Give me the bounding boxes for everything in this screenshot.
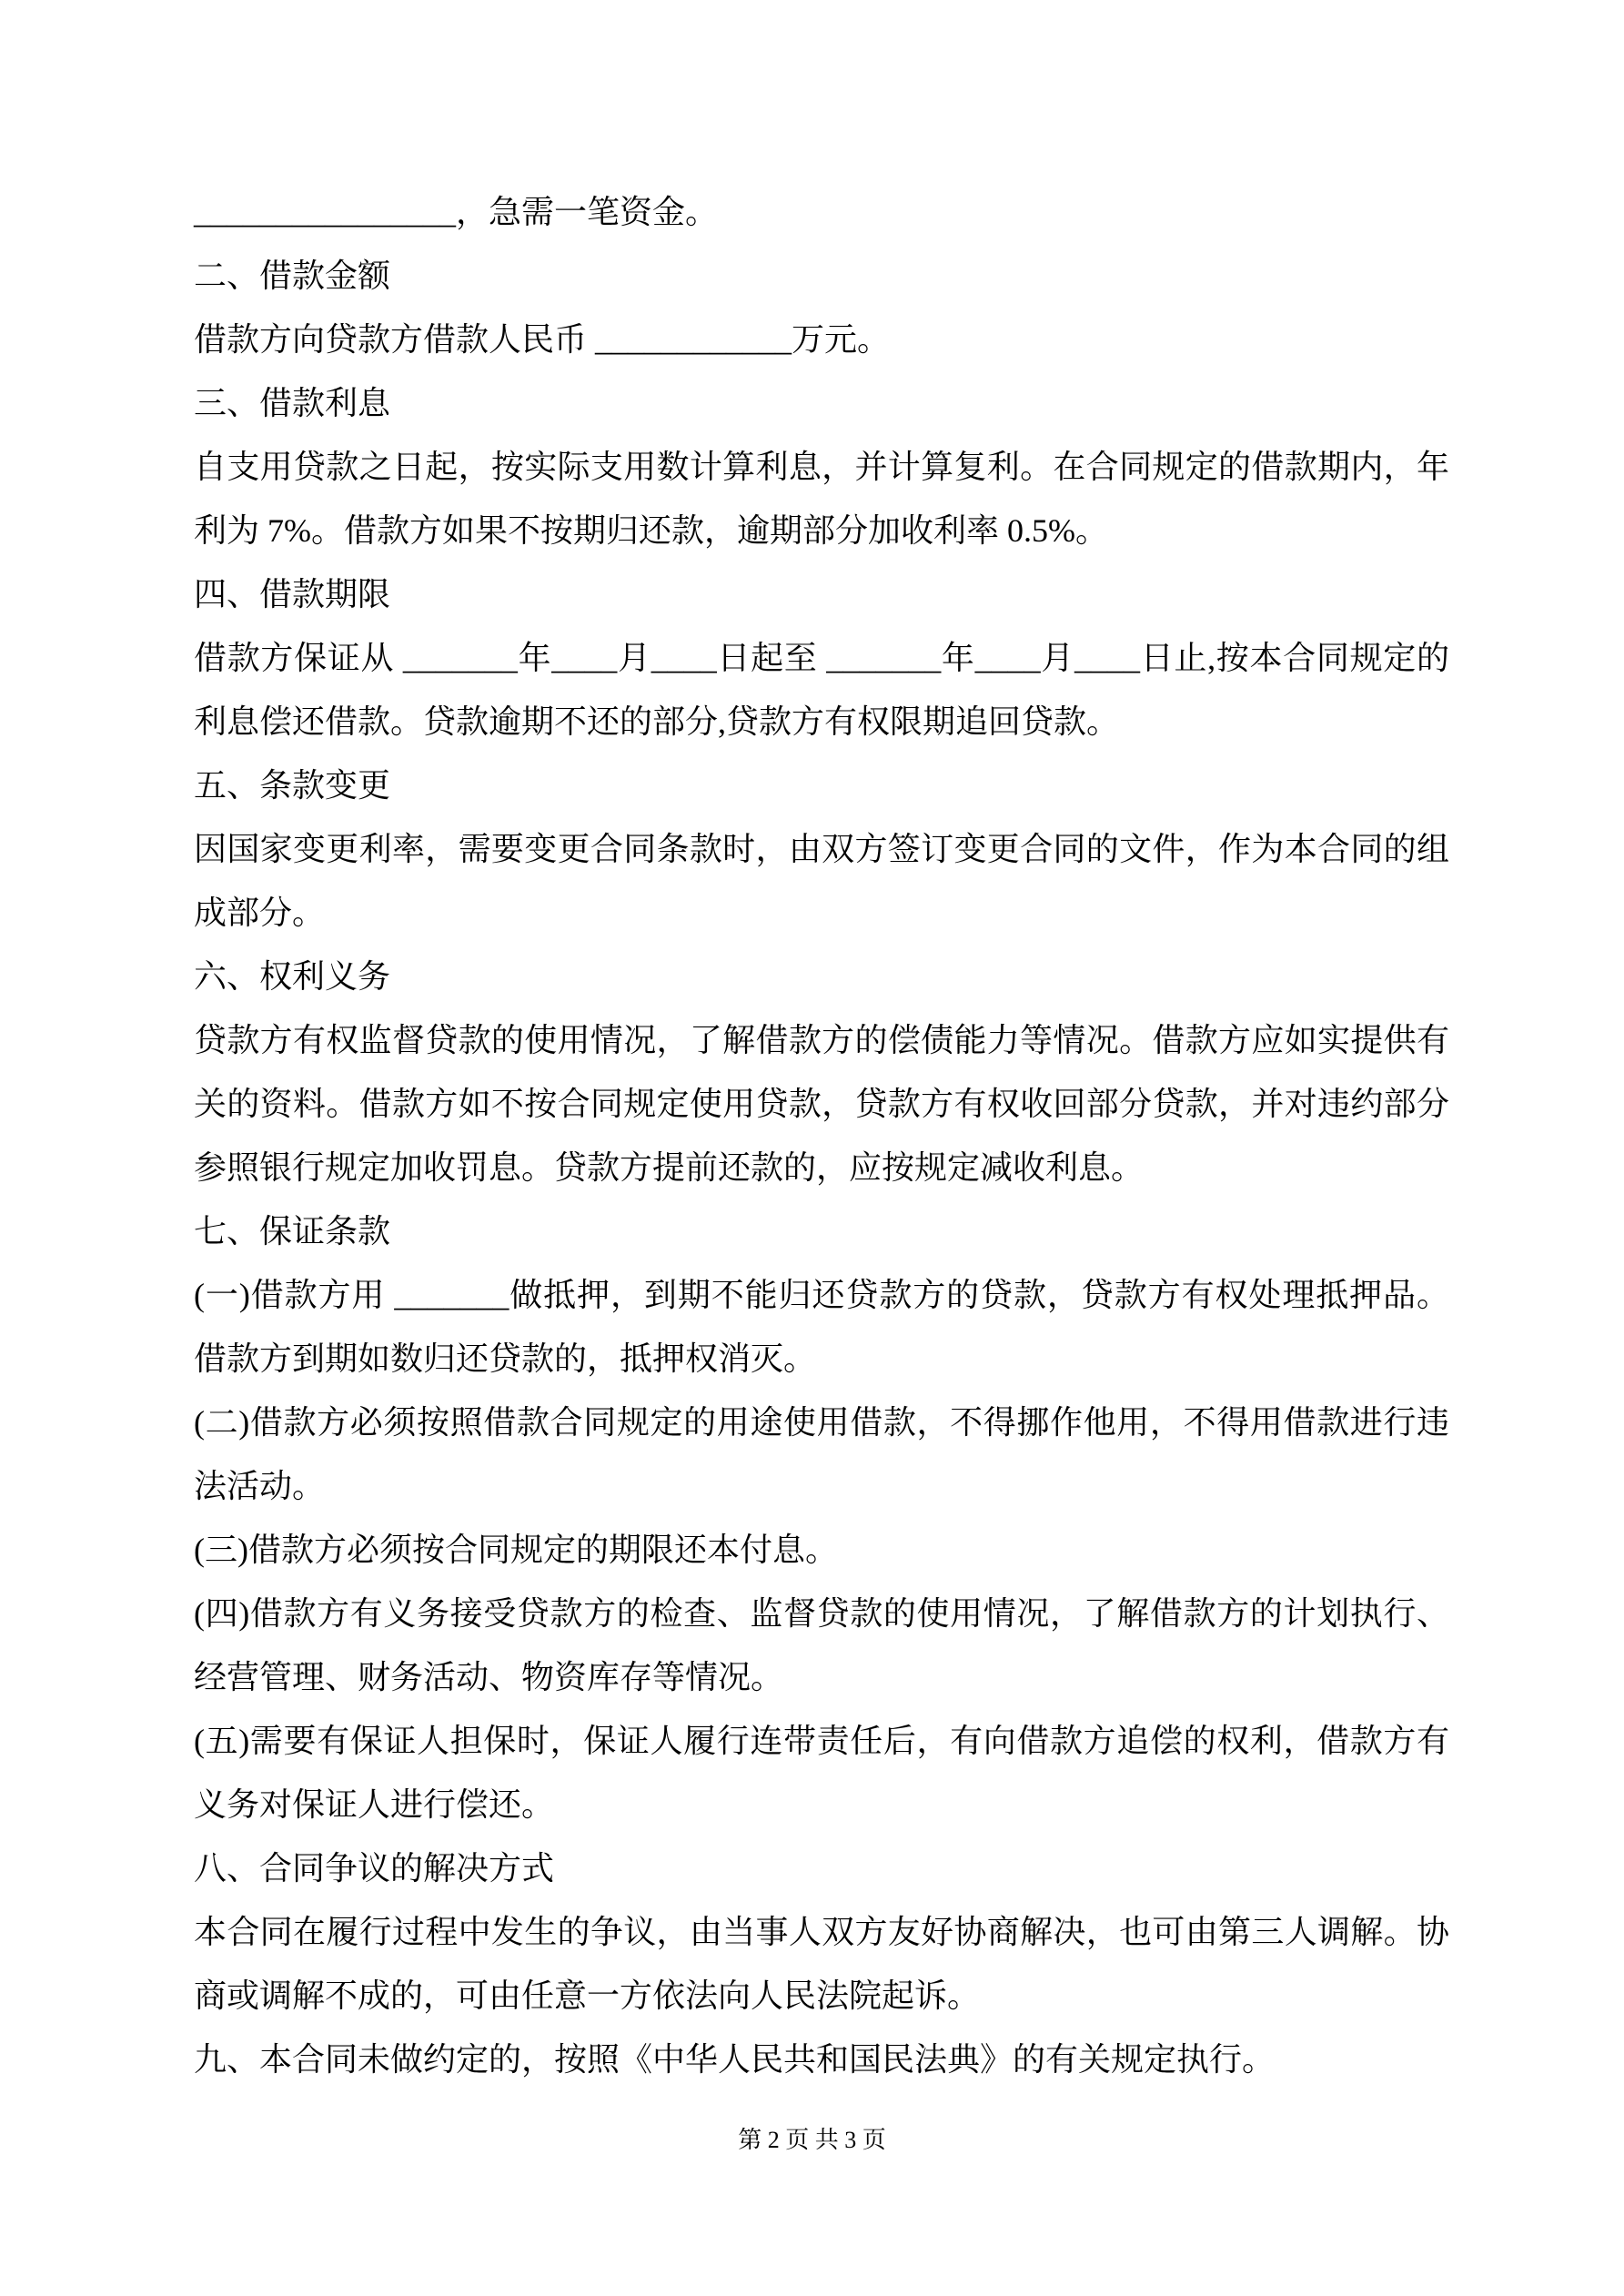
para-guarantee-clause-4-inspection: (四)借款方有义务接受贷款方的检查、监督贷款的使用情况，了解借款方的计划执行、经…	[194, 1582, 1449, 1709]
heading-guarantee-clauses: 七、保证条款	[194, 1199, 1449, 1263]
para-terms-change: 因国家变更利率，需要变更合同条款时，由双方签订变更合同的文件，作为本合同的组成部…	[194, 817, 1449, 945]
heading-terms-change: 五、条款变更	[194, 754, 1449, 817]
para-loan-interest-terms: 自支用贷款之日起，按实际支用数计算利息，并计算复利。在合同规定的借款期内，年利为…	[194, 435, 1449, 562]
para-loan-amount-blank: 借款方向贷款方借款人民币 ____________万元。	[194, 308, 1449, 371]
para-purpose-continuation-blank: ________________，急需一笔资金。	[194, 180, 1449, 244]
para-rights-obligations: 贷款方有权监督贷款的使用情况，了解借款方的偿债能力等情况。借款方应如实提供有关的…	[194, 1008, 1449, 1199]
para-guarantee-clause-2-usage: (二)借款方必须按照借款合同规定的用途使用借款，不得挪作他用，不得用借款进行违法…	[194, 1391, 1449, 1518]
heading-loan-interest: 三、借款利息	[194, 371, 1449, 435]
page-number-indicator: 第 2 页 共 3 页	[0, 2122, 1624, 2159]
para-guarantee-clause-3-repayment: (三)借款方必须按合同规定的期限还本付息。	[194, 1518, 1449, 1582]
heading-dispute-resolution: 八、合同争议的解决方式	[194, 1836, 1449, 1900]
contract-page-body: ________________，急需一笔资金。 二、借款金额 借款方向贷款方借…	[194, 180, 1449, 2091]
heading-loan-amount: 二、借款金额	[194, 244, 1449, 308]
para-civil-code-fallback: 九、本合同未做约定的，按照《中华人民共和国民法典》的有关规定执行。	[194, 2028, 1449, 2091]
para-guarantee-clause-5-guarantor: (五)需要有保证人担保时，保证人履行连带责任后，有向借款方追偿的权利，借款方有义…	[194, 1709, 1449, 1836]
heading-rights-obligations: 六、权利义务	[194, 945, 1449, 1008]
para-loan-term-dates-blank: 借款方保证从 _______年____月____日起至 _______年____…	[194, 626, 1449, 754]
para-dispute-resolution: 本合同在履行过程中发生的争议，由当事人双方友好协商解决，也可由第三人调解。协商或…	[194, 1900, 1449, 2028]
heading-loan-term: 四、借款期限	[194, 562, 1449, 626]
para-guarantee-clause-1-collateral-blank: (一)借款方用 _______做抵押，到期不能归还贷款方的贷款，贷款方有权处理抵…	[194, 1263, 1449, 1391]
